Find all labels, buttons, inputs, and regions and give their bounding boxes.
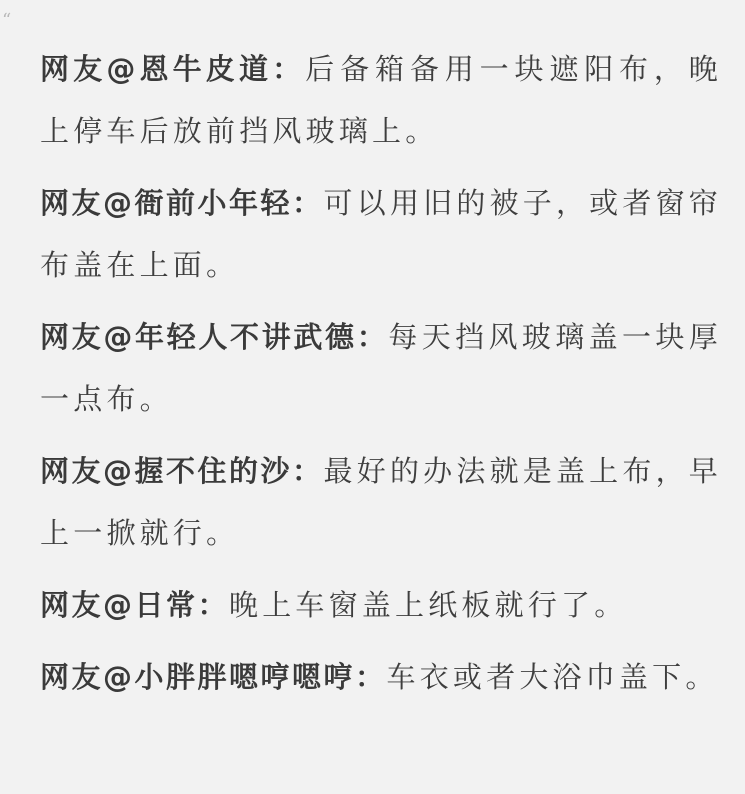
comment-item: 网友@年轻人不讲武德：每天挡风玻璃盖一块厚一点布。: [40, 306, 722, 430]
comment-text: 晚上车窗盖上纸板就行了。: [229, 588, 627, 622]
comment-author: 网友@恩牛皮道：: [40, 52, 305, 86]
comment-author: 网友@小胖胖嗯哼嗯哼：: [40, 660, 387, 694]
quote-mark-icon: “: [2, 12, 11, 30]
comment-item: 网友@恩牛皮道：后备箱备用一块遮阳布，晚上停车后放前挡风玻璃上。: [40, 38, 722, 162]
comment-author: 网友@握不住的沙：: [40, 454, 324, 488]
comment-text: 车衣或者大浴巾盖下。: [387, 660, 719, 694]
comment-list: 网友@恩牛皮道：后备箱备用一块遮阳布，晚上停车后放前挡风玻璃上。 网友@衙前小年…: [40, 38, 722, 718]
comment-item: 网友@日常：晚上车窗盖上纸板就行了。: [40, 574, 722, 636]
comment-author: 网友@日常：: [40, 588, 229, 622]
comment-item: 网友@握不住的沙：最好的办法就是盖上布，早上一掀就行。: [40, 440, 722, 564]
comment-author: 网友@衙前小年轻：: [40, 186, 324, 220]
comment-author: 网友@年轻人不讲武德：: [40, 320, 388, 354]
comment-item: 网友@小胖胖嗯哼嗯哼：车衣或者大浴巾盖下。: [40, 646, 722, 708]
comment-item: 网友@衙前小年轻：可以用旧的被子，或者窗帘布盖在上面。: [40, 172, 722, 296]
